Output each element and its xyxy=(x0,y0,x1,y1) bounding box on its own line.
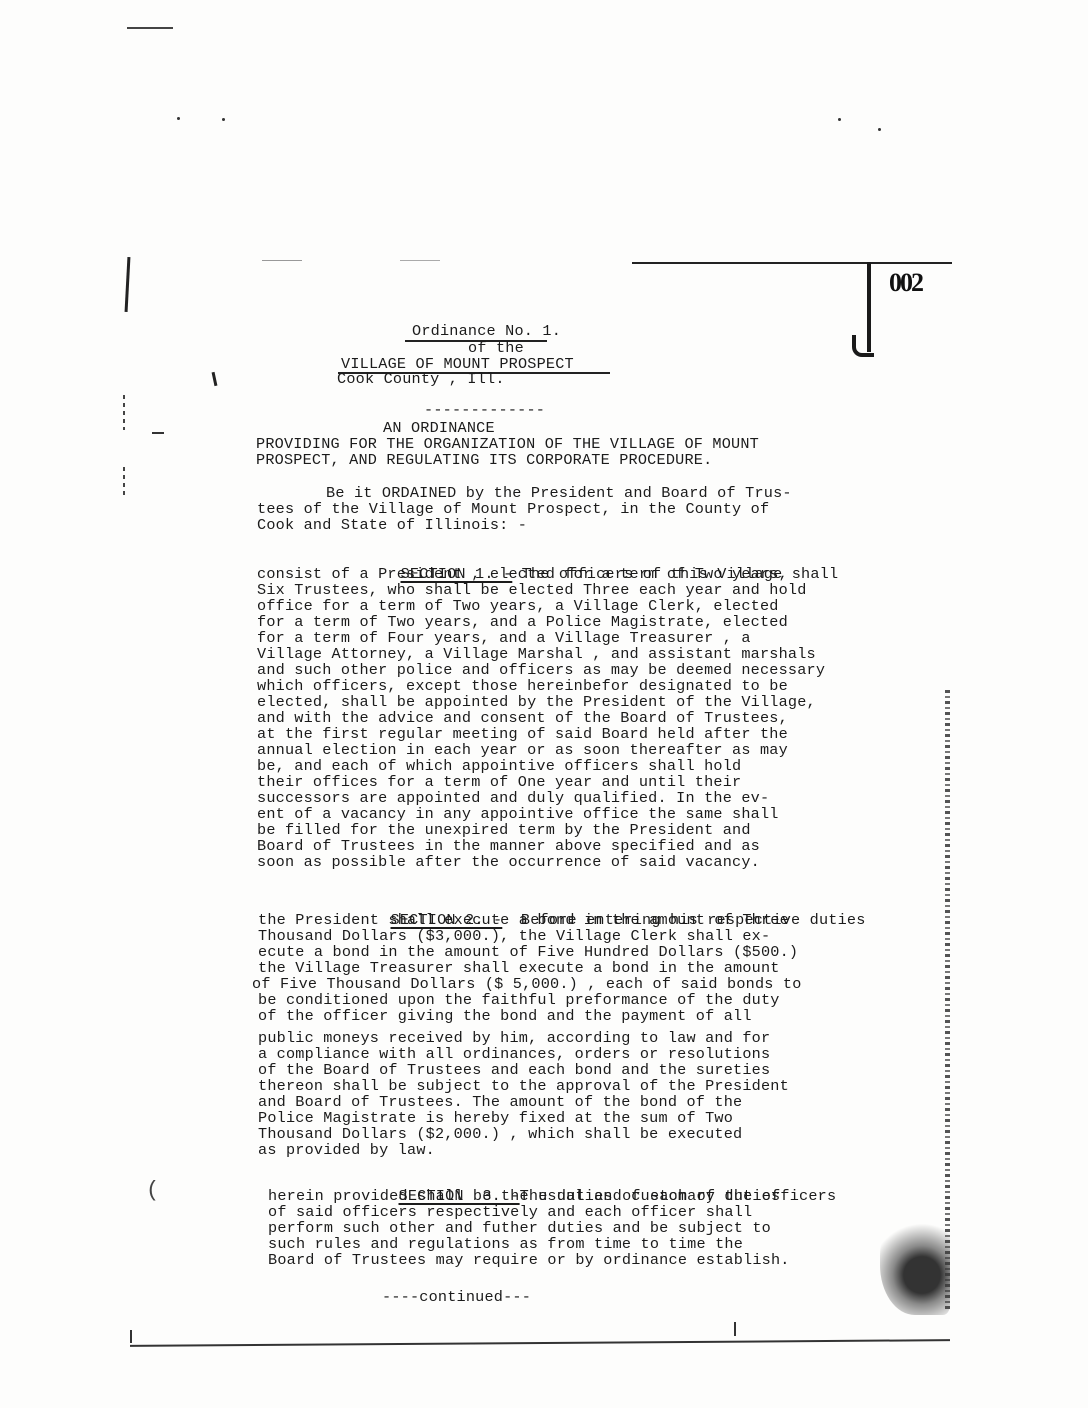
section-line: herein provided shall be the usual and c… xyxy=(268,1188,780,1204)
scanned-page: ( 002 Ordinance No. 1. of the VILLAGE OF… xyxy=(0,0,1088,1408)
section-line: and Board of Trustees. The amount of the… xyxy=(258,1094,742,1110)
preamble-line: tees of the Village of Mount Prospect, i… xyxy=(257,501,769,517)
section-line: thereon shall be subject to the approval… xyxy=(258,1078,789,1094)
section-line: of said officers respectively and each o… xyxy=(268,1204,752,1220)
scan-speck xyxy=(177,117,180,120)
section-line: be conditioned upon the faithful preform… xyxy=(258,992,780,1008)
section-line: successors are appointed and duly qualif… xyxy=(257,790,769,806)
scan-artifact-faint-rule xyxy=(262,260,302,261)
scan-artifact-bottom-rule xyxy=(130,1339,950,1347)
of-the-label: of the xyxy=(468,340,524,356)
section-line: of the Board of Trustees and each bond a… xyxy=(258,1062,770,1078)
section-line: and such other police and officers as ma… xyxy=(257,662,825,678)
section-line: of Five Thousand Dollars ($ 5,000.) , ea… xyxy=(252,976,802,992)
ordinance-label: AN ORDINANCE xyxy=(383,420,495,436)
section-line: Board of Trustees in the manner above sp… xyxy=(257,838,760,854)
section-line: office for a term of Two years, a Villag… xyxy=(257,598,779,614)
section-line: Board of Trustees may require or by ordi… xyxy=(268,1252,790,1268)
preamble-line: Be it ORDAINED by the President and Boar… xyxy=(326,485,792,501)
section-line: Thousand Dollars ($3,000.), the Village … xyxy=(258,928,770,944)
section-line: Thousand Dollars ($2,000.) , which shall… xyxy=(258,1126,742,1142)
section-line: for a term of Two years, and a Police Ma… xyxy=(257,614,788,630)
section-line: soon as possible after the occurrence of… xyxy=(257,854,760,870)
county-name: Cook County , Ill. xyxy=(337,371,505,387)
section-line: annual election in each year or as soon … xyxy=(257,742,788,758)
scan-artifact-left-bar xyxy=(125,257,131,312)
section-line: be, and each of which appointive officer… xyxy=(257,758,741,774)
scan-artifact-dots xyxy=(123,467,125,497)
scan-artifact-tick xyxy=(212,372,218,386)
scan-artifact-tick xyxy=(734,1322,736,1336)
scan-artifact-tick xyxy=(130,1330,132,1343)
section-line: at the first regular meeting of said Boa… xyxy=(257,726,788,742)
section-line: Six Trustees, who shall be elected Three… xyxy=(257,582,807,598)
section-line: which officers, except those hereinbefor… xyxy=(257,678,788,694)
scan-speck xyxy=(222,118,225,121)
section-line: their offices for a term of One year and… xyxy=(257,774,741,790)
scan-speck xyxy=(878,128,881,131)
page-number-stamp: 002 xyxy=(889,268,922,298)
section-line: elected, shall be appointed by the Presi… xyxy=(257,694,816,710)
section-line: Police Magistrate is hereby fixed at the… xyxy=(258,1110,733,1126)
scan-artifact-dash xyxy=(127,27,173,29)
section-line: for a term of Four years, and a Village … xyxy=(257,630,751,646)
subtitle-line: PROSPECT, AND REGULATING ITS CORPORATE P… xyxy=(256,452,712,468)
section-line: Village Attorney, a Village Marshal , an… xyxy=(257,646,816,662)
preamble-line: Cook and State of Illinois: - xyxy=(257,517,527,533)
section-line: and with the advice and consent of the B… xyxy=(257,710,788,726)
scan-speck xyxy=(838,118,841,121)
ordinance-title: Ordinance No. 1. xyxy=(412,323,561,339)
section-line: the President shall execute a bond in th… xyxy=(258,912,789,928)
separator: ------------- xyxy=(424,402,545,418)
section-line: public moneys received by him, according… xyxy=(258,1030,770,1046)
section-line: of the officer giving the bond and the p… xyxy=(258,1008,752,1024)
subtitle-line: PROVIDING FOR THE ORGANIZATION OF THE VI… xyxy=(256,436,759,452)
section-line: such rules and regulations as from time … xyxy=(268,1236,743,1252)
section-line: consist of a President , elected for a t… xyxy=(257,566,788,582)
continued-marker: ----continued--- xyxy=(382,1289,531,1305)
section-line: perform such other and futher duties and… xyxy=(268,1220,771,1236)
section-line: the Village Treasurer shall execute a bo… xyxy=(258,960,780,976)
scan-artifact-dots xyxy=(123,395,125,430)
section-line: ent of a vacancy in any appointive offic… xyxy=(257,806,779,822)
section-line: be filled for the unexpired term by the … xyxy=(257,822,751,838)
section-line: a compliance with all ordinances, orders… xyxy=(258,1046,770,1062)
scan-artifact-paren: ( xyxy=(146,1178,159,1203)
section-line: as provided by law. xyxy=(258,1142,435,1158)
scan-artifact-curve xyxy=(152,432,164,434)
section-line: ecute a bond in the amount of Five Hundr… xyxy=(258,944,798,960)
scan-artifact-faint-rule xyxy=(400,260,440,261)
page-stamp-hook xyxy=(852,335,874,357)
header-rule xyxy=(632,262,952,264)
scan-artifact-blot xyxy=(880,1215,950,1315)
